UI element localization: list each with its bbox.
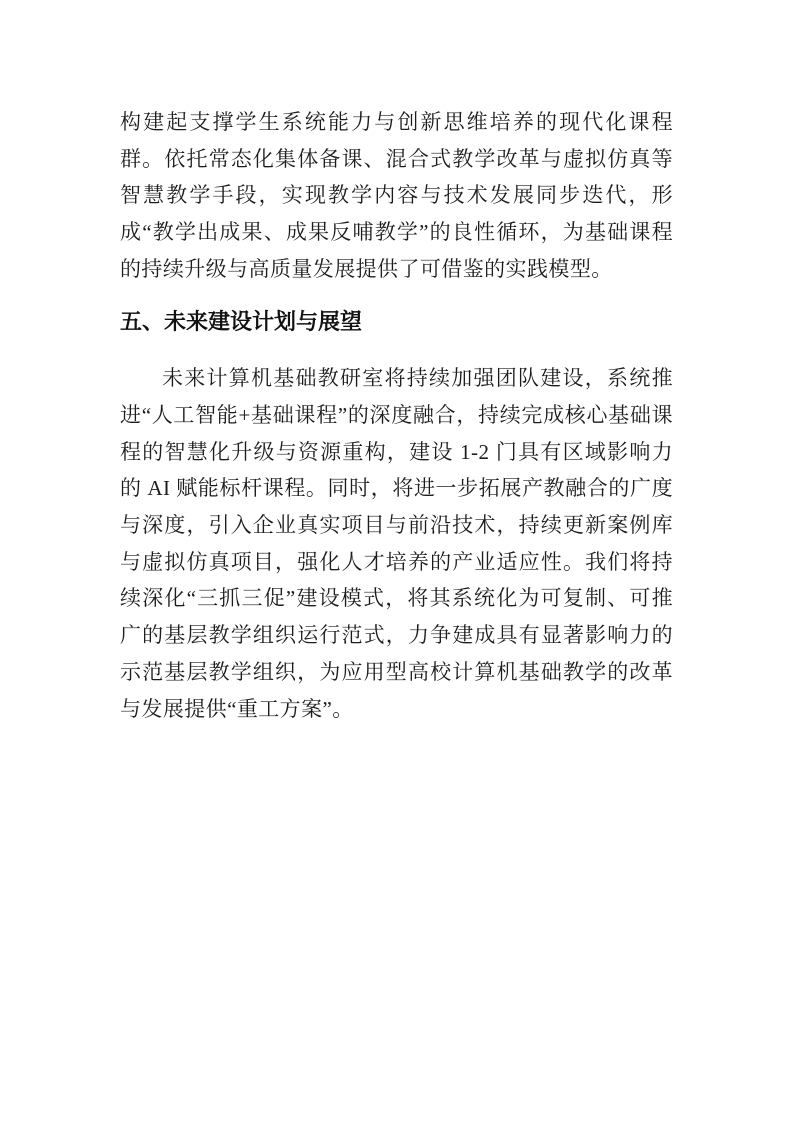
paragraph-continuation: 构建起支撑学生系统能力与创新思维培养的现代化课程群。依托常态化集体备课、混合式教… <box>120 104 673 288</box>
section-heading: 五、未来建设计划与展望 <box>120 304 673 341</box>
document-page: 构建起支撑学生系统能力与创新思维培养的现代化课程群。依托常态化集体备课、混合式教… <box>0 0 793 1122</box>
paragraph-future-plans: 未来计算机基础教研室将持续加强团队建设，系统推进“人工智能+基础课程”的深度融合… <box>120 360 673 727</box>
